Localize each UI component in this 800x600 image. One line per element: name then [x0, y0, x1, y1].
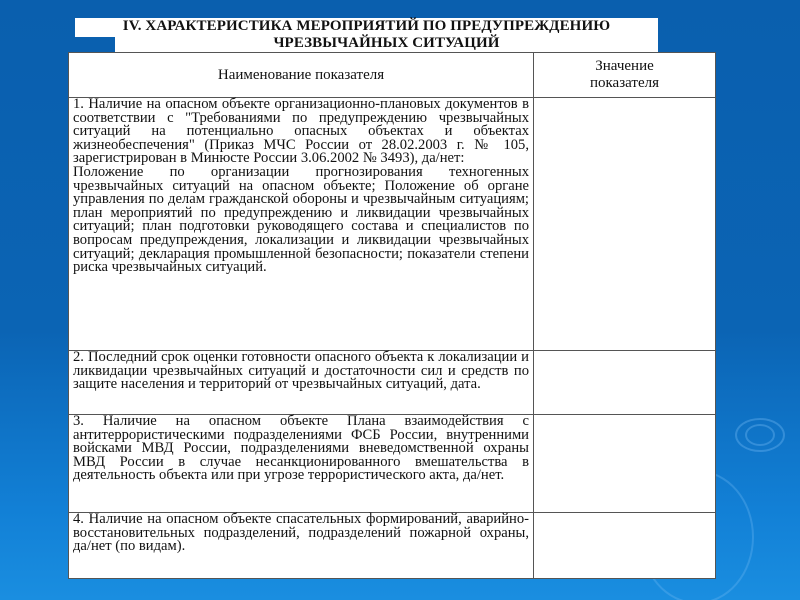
row-3-value-cell[interactable] [534, 415, 716, 513]
decorative-ripple [745, 424, 775, 446]
indicators-table: Наименование показателя Значение показат… [68, 52, 716, 579]
table-row: 3. Наличие на опасном объекте Плана взаи… [69, 415, 716, 513]
row-4-value-cell[interactable] [534, 513, 716, 579]
row-2-name: 2. Последний срок оценки готовности опас… [69, 351, 534, 415]
row-1-text: 1. Наличие на опасном объекте организаци… [73, 98, 529, 166]
row-3-name: 3. Наличие на опасном объекте Плана взаи… [69, 415, 534, 513]
title-line-2: ЧРЕЗВЫЧАЙНЫХ СИТУАЦИЙ [75, 35, 658, 52]
row-2-value-cell[interactable] [534, 351, 716, 415]
table-header-row: Наименование показателя Значение показат… [69, 53, 716, 98]
table-row: 1. Наличие на опасном объекте организаци… [69, 98, 716, 351]
title-line-1: IV. ХАРАКТЕРИСТИКА МЕРОПРИЯТИЙ ПО ПРЕДУП… [75, 18, 658, 35]
row-1-detail: Положение по организации прогнозирования… [73, 166, 529, 275]
table-row: 2. Последний срок оценки готовности опас… [69, 351, 716, 415]
header-indicator-value: Значение показателя [534, 53, 716, 98]
row-1-name: 1. Наличие на опасном объекте организаци… [69, 98, 534, 351]
row-4-name: 4. Наличие на опасном объекте спасательн… [69, 513, 534, 579]
slide-title: IV. ХАРАКТЕРИСТИКА МЕРОПРИЯТИЙ ПО ПРЕДУП… [75, 18, 658, 51]
table-row: 4. Наличие на опасном объекте спасательн… [69, 513, 716, 579]
row-1-value-cell[interactable] [534, 98, 716, 351]
header-indicator-name: Наименование показателя [69, 53, 534, 98]
